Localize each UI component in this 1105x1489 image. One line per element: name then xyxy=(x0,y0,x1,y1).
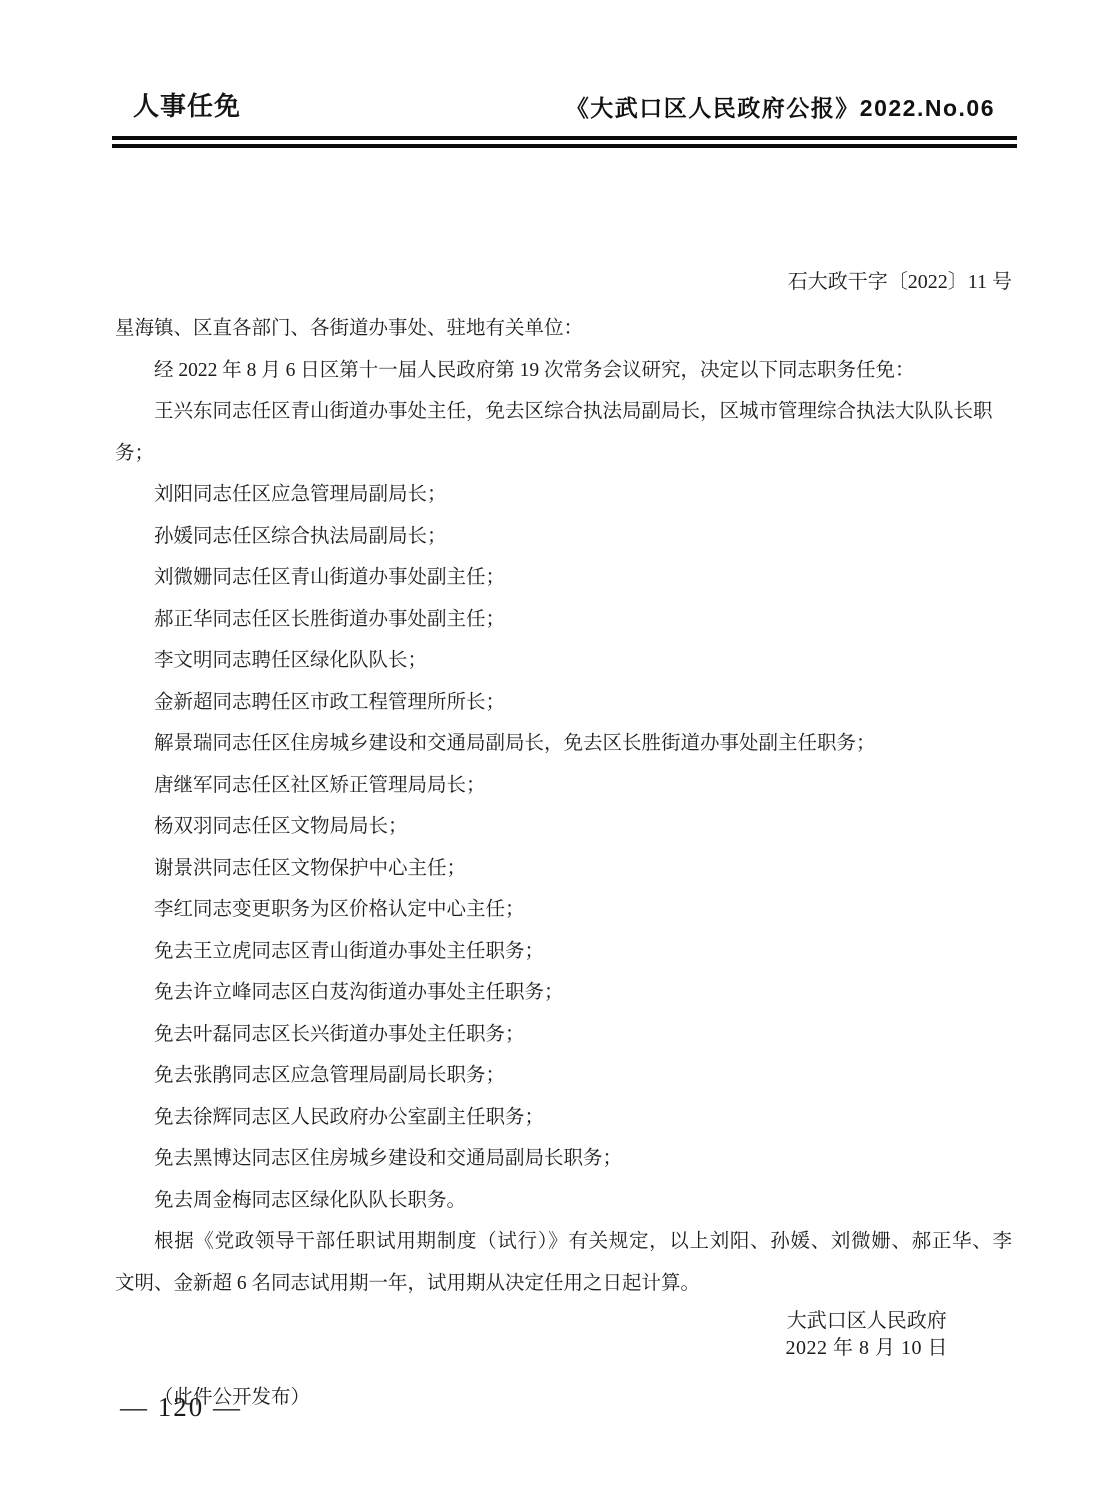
paragraph-removal: 免去徐辉同志区人民政府办公室副主任职务； xyxy=(115,1097,1012,1139)
paragraph-meeting-decision: 经 2022 年 8 月 6 日区第十一届人民政府第 19 次常务会议研究，决定… xyxy=(115,350,1012,392)
paragraph-appointment: 谢景洪同志任区文物保护中心主任； xyxy=(115,848,1012,890)
paragraph-appointment: 王兴东同志任区青山街道办事处主任，免去区综合执法局副局长，区城市管理综合执法大队… xyxy=(115,391,1012,474)
paragraph-appointment: 唐继军同志任区社区矫正管理局局长； xyxy=(115,765,1012,807)
paragraph-removal: 免去叶磊同志区长兴街道办事处主任职务； xyxy=(115,1014,1012,1056)
paragraph-appointment: 郝正华同志任区长胜街道办事处副主任； xyxy=(115,599,1012,641)
signature-date: 2022 年 8 月 10 日 xyxy=(786,1335,949,1362)
paragraph-appointment: 孙媛同志任区综合执法局副局长； xyxy=(115,516,1012,558)
page-number: — 120 — xyxy=(120,1392,242,1423)
paragraph-appointment: 李文明同志聘任区绿化队队长； xyxy=(115,640,1012,682)
salutation-line: 星海镇、区直各部门、各街道办事处、驻地有关单位： xyxy=(115,308,1012,350)
paragraph-appointment: 刘微姗同志任区青山街道办事处副主任； xyxy=(115,557,1012,599)
document-body: 石大政干字〔2022〕11 号 星海镇、区直各部门、各街道办事处、驻地有关单位：… xyxy=(0,268,1105,1412)
paragraph-removal: 免去张鹃同志区应急管理局副局长职务； xyxy=(115,1055,1012,1097)
gazette-page: 人事任免 《大武口区人民政府公报》2022.No.06 石大政干字〔2022〕1… xyxy=(0,0,1105,1489)
section-title: 人事任免 xyxy=(133,86,241,123)
paragraph-removal: 免去黑博达同志区住房城乡建设和交通局副局长职务； xyxy=(115,1138,1012,1180)
probation-clause-line-2: 文明、金新超 6 名同志试用期一年，试用期从决定任用之日起计算。 xyxy=(115,1263,1012,1305)
header-double-rule xyxy=(112,136,1017,148)
signature-block: 大武口区人民政府 2022 年 8 月 10 日 xyxy=(786,1308,949,1362)
paragraph-removal: 免去王立虎同志区青山街道办事处主任职务； xyxy=(115,931,1012,973)
paragraph-appointment: 金新超同志聘任区市政工程管理所所长； xyxy=(115,682,1012,724)
public-release-note: （此件公开发布） xyxy=(115,1362,1012,1412)
document-number: 石大政干字〔2022〕11 号 xyxy=(115,268,1012,296)
probation-clause-line-1: 根据《党政领导干部任职试用期制度（试行）》有关规定，以上刘阳、孙媛、刘微姗、郝正… xyxy=(115,1221,1012,1263)
paragraph-appointment: 李红同志变更职务为区价格认定中心主任； xyxy=(115,889,1012,931)
publication-title: 《大武口区人民政府公报》2022.No.06 xyxy=(566,90,995,123)
paragraph-removal: 免去周金梅同志区绿化队队长职务。 xyxy=(115,1180,1012,1222)
paragraph-appointment: 刘阳同志任区应急管理局副局长； xyxy=(115,474,1012,516)
paragraph-appointment: 杨双羽同志任区文物局局长； xyxy=(115,806,1012,848)
paragraph-removal: 免去许立峰同志区白芨沟街道办事处主任职务； xyxy=(115,972,1012,1014)
running-head: 人事任免 《大武口区人民政府公报》2022.No.06 xyxy=(0,0,1105,123)
signature-organization: 大武口区人民政府 xyxy=(786,1308,949,1335)
paragraph-appointment: 解景瑞同志任区住房城乡建设和交通局副局长，免去区长胜街道办事处副主任职务； xyxy=(115,723,1012,765)
